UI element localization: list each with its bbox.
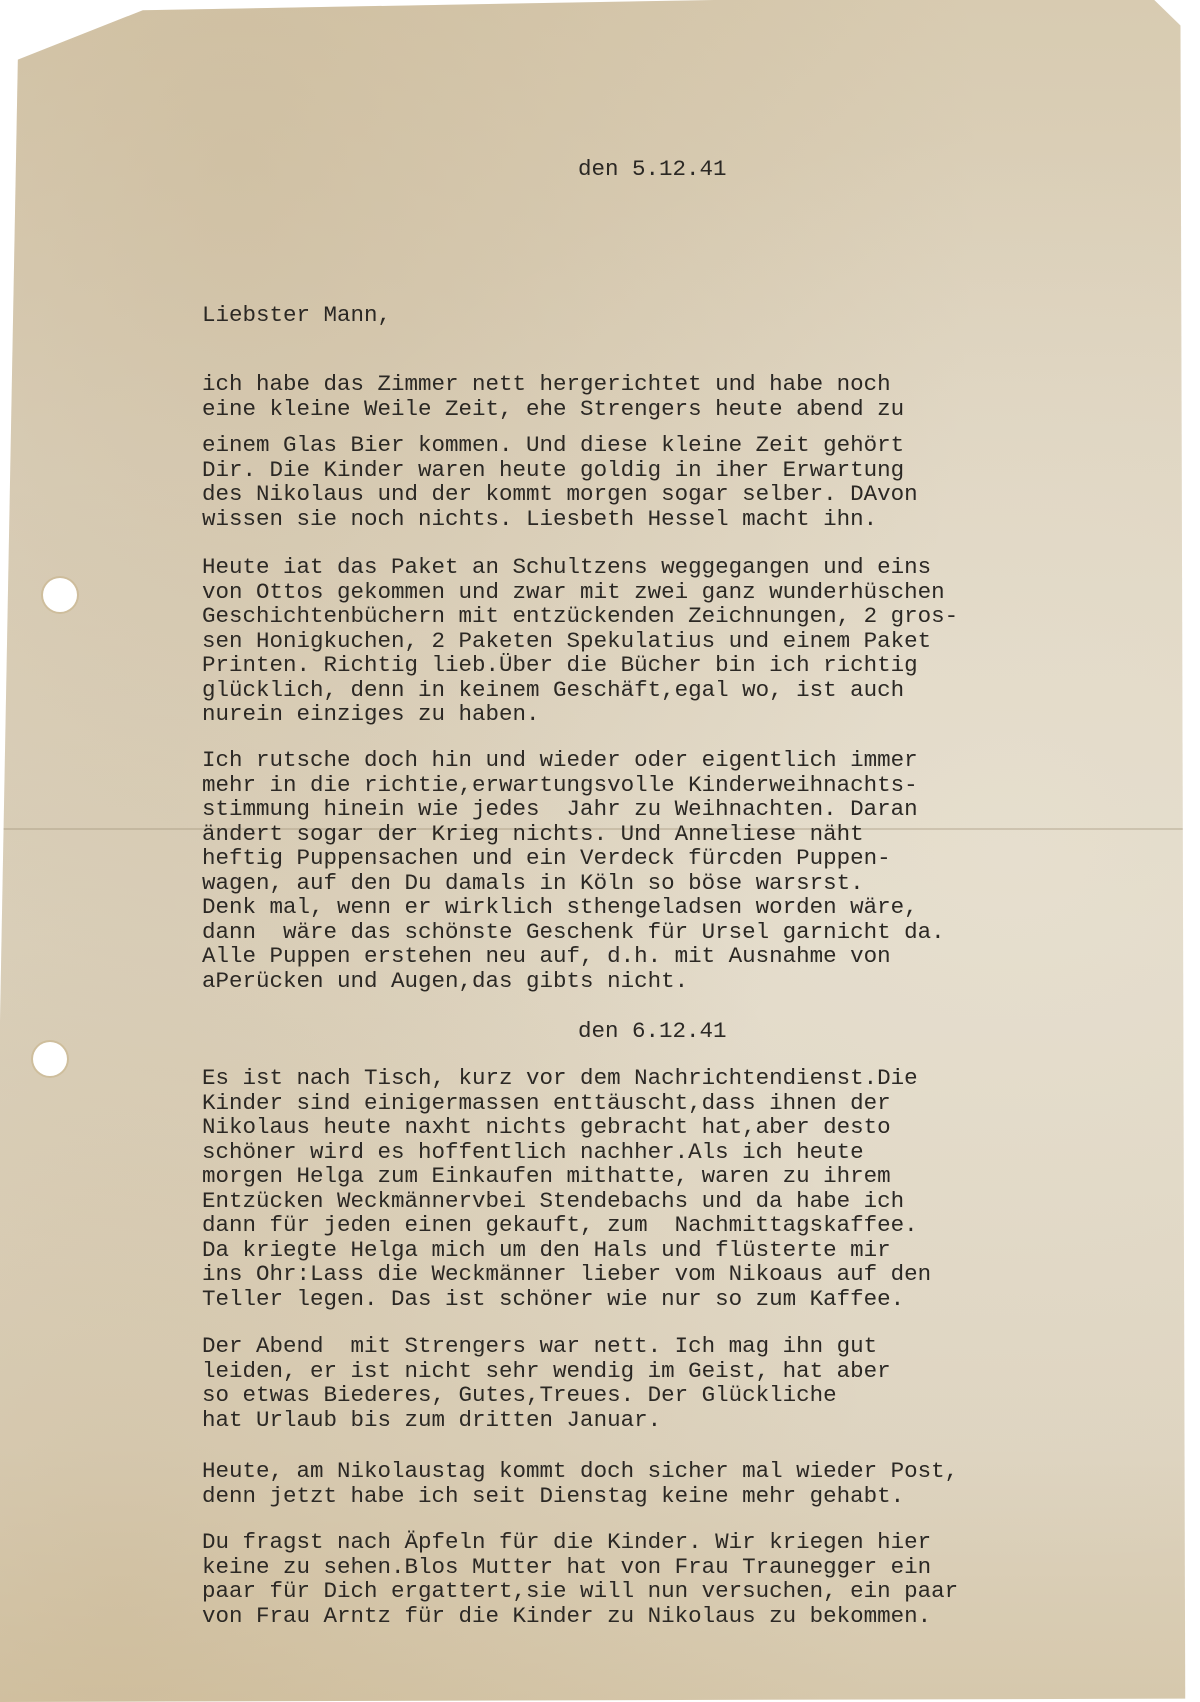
text-line: paar für Dich ergattert,sie will nun ver…: [202, 1579, 958, 1604]
text-line: ändert sogar der Krieg nichts. Und Annel…: [202, 822, 945, 847]
text-line: einem Glas Bier kommen. Und diese kleine…: [202, 433, 918, 458]
text-line: stimmung hinein wie jedes Jahr zu Weihna…: [202, 797, 945, 822]
text-line: nurein einziges zu haben.: [202, 702, 958, 727]
text-line: denn jetzt habe ich seit Dienstag keine …: [202, 1484, 958, 1509]
text-line: Heute iat das Paket an Schultzens weggeg…: [202, 555, 958, 580]
text-line: Heute, am Nikolaustag kommt doch sicher …: [202, 1459, 958, 1484]
text-line: sen Honigkuchen, 2 Paketen Spekulatius u…: [202, 629, 958, 654]
punch-hole: [43, 578, 77, 612]
text-line: Nikolaus heute naxht nichts gebracht hat…: [202, 1115, 931, 1140]
letter-date: den 6.12.41: [578, 1018, 727, 1044]
text-line: ich habe das Zimmer nett hergerichtet un…: [202, 372, 904, 397]
text-line: von Frau Arntz für die Kinder zu Nikolau…: [202, 1604, 958, 1629]
text-line: wissen sie noch nichts. Liesbeth Hessel …: [202, 507, 918, 532]
text-line: Geschichtenbüchern mit entzückenden Zeic…: [202, 604, 958, 629]
text-line: morgen Helga zum Einkaufen mithatte, war…: [202, 1164, 931, 1189]
text-line: dann wäre das schönste Geschenk für Urse…: [202, 920, 945, 945]
text-line: keine zu sehen.Blos Mutter hat von Frau …: [202, 1555, 958, 1580]
punch-hole: [33, 1042, 67, 1076]
text-line: hat Urlaub bis zum dritten Januar.: [202, 1408, 891, 1433]
text-line: Der Abend mit Strengers war nett. Ich ma…: [202, 1334, 891, 1359]
text-line: glücklich, denn in keinem Geschäft,egal …: [202, 678, 958, 703]
text-line: schöner wird es hoffentlich nachher.Als …: [202, 1140, 931, 1165]
text-line: Alle Puppen erstehen neu auf, d.h. mit A…: [202, 944, 945, 969]
text-line: dann für jeden einen gekauft, zum Nachmi…: [202, 1213, 931, 1238]
text-line: Entzücken Weckmännervbei Stendebachs und…: [202, 1189, 931, 1214]
text-line: Printen. Richtig lieb.Über die Bücher bi…: [202, 653, 958, 678]
text-line: Da kriegte Helga mich um den Hals und fl…: [202, 1238, 931, 1263]
text-line: mehr in die richtie,erwartungsvolle Kind…: [202, 773, 945, 798]
paragraph: Ich rutsche doch hin und wieder oder eig…: [202, 748, 945, 993]
text-line: heftig Puppensachen und ein Verdeck fürc…: [202, 846, 945, 871]
paragraph: einem Glas Bier kommen. Und diese kleine…: [202, 433, 918, 531]
text-line: Ich rutsche doch hin und wieder oder eig…: [202, 748, 945, 773]
text-line: Denk mal, wenn er wirklich sthengeladsen…: [202, 895, 945, 920]
text-line: Es ist nach Tisch, kurz vor dem Nachrich…: [202, 1066, 931, 1091]
paragraph: Heute, am Nikolaustag kommt doch sicher …: [202, 1459, 958, 1508]
salutation: Liebster Mann,: [202, 302, 391, 328]
paragraph: Du fragst nach Äpfeln für die Kinder. Wi…: [202, 1530, 958, 1628]
paragraph: ich habe das Zimmer nett hergerichtet un…: [202, 372, 904, 421]
text-line: von Ottos gekommen und zwar mit zwei gan…: [202, 580, 958, 605]
text-line: leiden, er ist nicht sehr wendig im Geis…: [202, 1359, 891, 1384]
paragraph: Heute iat das Paket an Schultzens weggeg…: [202, 555, 958, 727]
paper-crease: [40, 0, 258, 10]
paragraph: Es ist nach Tisch, kurz vor dem Nachrich…: [202, 1066, 931, 1311]
text-line: Dir. Die Kinder waren heute goldig in ih…: [202, 458, 918, 483]
text-line: eine kleine Weile Zeit, ehe Strengers he…: [202, 397, 904, 422]
text-line: so etwas Biederes, Gutes,Treues. Der Glü…: [202, 1383, 891, 1408]
text-line: wagen, auf den Du damals in Köln so böse…: [202, 871, 945, 896]
text-line: Du fragst nach Äpfeln für die Kinder. Wi…: [202, 1530, 958, 1555]
letter-date: den 5.12.41: [578, 156, 727, 182]
text-line: ins Ohr:Lass die Weckmänner lieber vom N…: [202, 1262, 931, 1287]
paragraph: Der Abend mit Strengers war nett. Ich ma…: [202, 1334, 891, 1432]
text-line: Teller legen. Das ist schöner wie nur so…: [202, 1287, 931, 1312]
text-line: des Nikolaus und der kommt morgen sogar …: [202, 482, 918, 507]
text-line: aPerücken und Augen,das gibts nicht.: [202, 969, 945, 994]
text-line: Kinder sind einigermassen enttäuscht,das…: [202, 1091, 931, 1116]
